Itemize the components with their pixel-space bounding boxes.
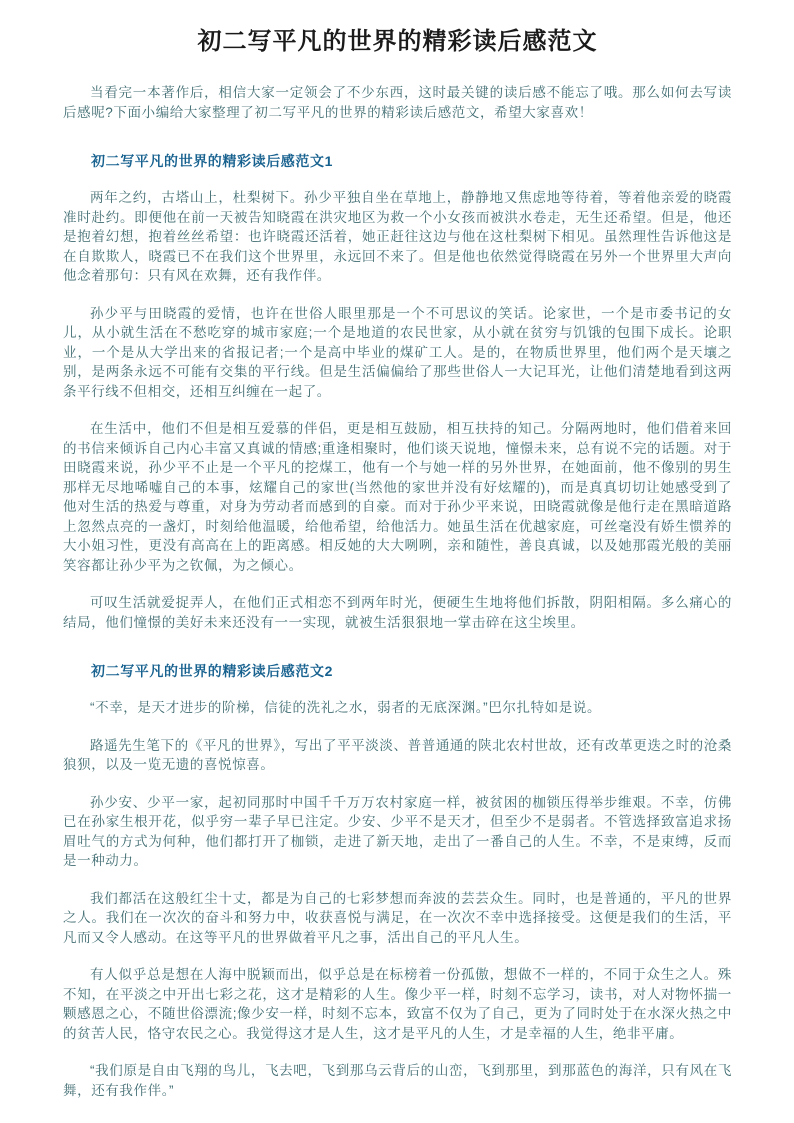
section-essay-2: 初二写平凡的世界的精彩读后感范文2 “不幸，是天才进步的阶梯，信徒的洗礼之水，弱… bbox=[63, 662, 732, 1100]
section-2-paragraph-4: 我们都活在这般红尘十丈，都是为自己的七彩梦想而奔波的芸芸众生。同时，也是普通的，… bbox=[63, 889, 732, 948]
section-1-heading: 初二写平凡的世界的精彩读后感范文1 bbox=[63, 152, 732, 170]
section-1-paragraph-1: 两年之约，古塔山上，杜梨树下。孙少平独自坐在草地上，静静地又焦虑地等待着，等着他… bbox=[63, 188, 732, 286]
section-2-paragraph-6: “我们原是自由飞翔的鸟儿，飞去吧，飞到那乌云背后的山峦，飞到那里，到那蓝色的海洋… bbox=[63, 1061, 732, 1100]
section-2-heading: 初二写平凡的世界的精彩读后感范文2 bbox=[63, 662, 732, 680]
section-2-paragraph-3: 孙少安、少平一家，起初同那时中国千千万万农村家庭一样，被贫困的枷锁压得举步维艰。… bbox=[63, 793, 732, 871]
intro-paragraph: 当看完一本著作后，相信大家一定领会了不少东西，这时最关键的读后感不能忘了哦。那么… bbox=[63, 83, 732, 122]
section-2-paragraph-1: “不幸，是天才进步的阶梯，信徒的洗礼之水，弱者的无底深渊。”巴尔扎特如是说。 bbox=[63, 698, 732, 718]
section-2-paragraph-2: 路遥先生笔下的《平凡的世界》，写出了平平淡淡、普普通通的陕北农村世故，还有改革更… bbox=[63, 736, 732, 775]
section-1-paragraph-4: 可叹生活就爱捉弄人，在他们正式相恋不到两年时光，便硬生生地将他们拆散，阴阳相隔。… bbox=[63, 593, 732, 632]
page-title: 初二写平凡的世界的精彩读后感范文 bbox=[63, 26, 732, 57]
section-1-paragraph-3: 在生活中，他们不但是相互爱慕的伴侣，更是相互鼓励，相互扶持的知己。分隔两地时，他… bbox=[63, 419, 732, 575]
section-essay-1: 初二写平凡的世界的精彩读后感范文1 两年之约，古塔山上，杜梨树下。孙少平独自坐在… bbox=[63, 152, 732, 632]
section-1-paragraph-2: 孙少平与田晓霞的爱情，也许在世俗人眼里那是一个不可思议的笑话。论家世，一个是市委… bbox=[63, 304, 732, 402]
document-page: 初二写平凡的世界的精彩读后感范文 当看完一本著作后，相信大家一定领会了不少东西，… bbox=[0, 0, 794, 1123]
section-2-paragraph-5: 有人似乎总是想在人海中脱颖而出，似乎总是在标榜着一份孤傲，想做不一样的，不同于众… bbox=[63, 965, 732, 1043]
